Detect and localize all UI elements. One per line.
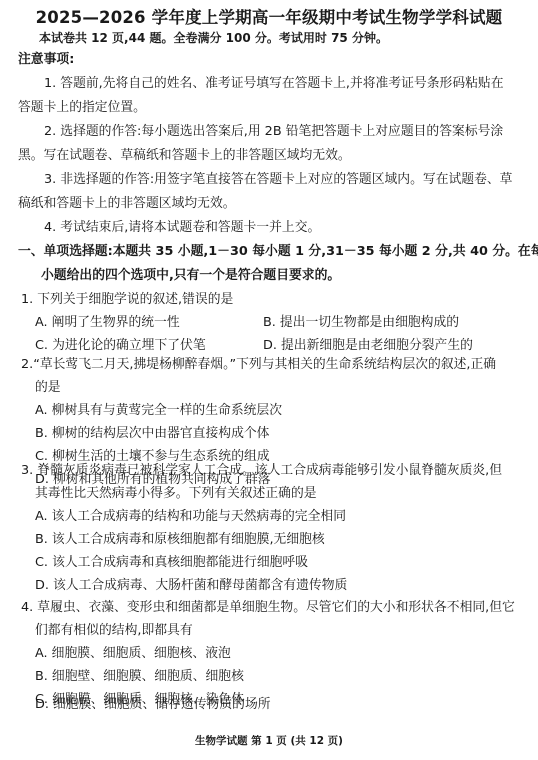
exam-subtitle: 本试卷共 12 页,44 题。全卷满分 100 分。考试用时 75 分钟。 bbox=[39, 30, 388, 46]
question-1-option-b: B. 提出一切生物都是由细胞构成的 bbox=[263, 315, 459, 331]
question-2-stem-cont: 的是 bbox=[35, 380, 61, 396]
question-3-option-c: C. 该人工合成病毒和真核细胞都能进行细胞呼吸 bbox=[35, 555, 308, 571]
exam-title: 2025—2026 学年度上学期高一年级期中考试生物学学科试题 bbox=[0, 4, 538, 28]
question-1-option-c: C. 为进化论的确立埋下了伏笔 bbox=[35, 338, 206, 354]
question-4-stem: 4. 草履虫、衣藻、变形虫和细菌都是单细胞生物。尽管它们的大小和形状各不相同,但… bbox=[21, 600, 515, 616]
notice-item-2-cont: 黑。写在试题卷、草稿纸和答题卡上的非答题区域均无效。 bbox=[18, 148, 351, 164]
notice-item-3: 3. 非选择题的作答:用签字笔直接答在答题卡上对应的答题区域内。写在试题卷、草 bbox=[44, 172, 512, 188]
question-3-option-a: A. 该人工合成病毒的结构和功能与天然病毒的完全相同 bbox=[35, 509, 346, 525]
question-3-stem: 3. 脊髓灰质炎病毒已被科学家人工合成。该人工合成病毒能够引发小鼠脊髓灰质炎,但 bbox=[21, 463, 502, 479]
notice-item-4: 4. 考试结束后,请将本试题卷和答题卡一并上交。 bbox=[44, 220, 320, 236]
question-1-option-d: D. 提出新细胞是由老细胞分裂产生的 bbox=[263, 338, 473, 354]
page-footer: 生物学试题 第 1 页 (共 12 页) bbox=[0, 733, 538, 748]
question-4-stem-cont: 们都有相似的结构,即都具有 bbox=[35, 623, 193, 639]
question-2-stem: 2.“草长莺飞二月天,拂堤杨柳醉春烟。”下列与其相关的生命系统结构层次的叙述,正… bbox=[21, 357, 496, 373]
notice-heading: 注意事项: bbox=[18, 52, 74, 68]
question-4-option-a: A. 细胞膜、细胞质、细胞核、液泡 bbox=[35, 646, 231, 662]
question-3-stem-cont: 其毒性比天然病毒小得多。下列有关叙述正确的是 bbox=[35, 486, 317, 502]
question-3-option-b: B. 该人工合成病毒和原核细胞都有细胞膜,无细胞核 bbox=[35, 532, 325, 548]
question-3-option-d: D. 该人工合成病毒、大肠杆菌和酵母菌都含有遗传物质 bbox=[35, 578, 347, 594]
section-heading-cont: 小题给出的四个选项中,只有一个是符合题目要求的。 bbox=[41, 268, 340, 284]
notice-item-1: 1. 答题前,先将自己的姓名、准考证号填写在答题卡上,并将准考证号条形码粘贴在 bbox=[44, 76, 504, 92]
notice-item-1-cont: 答题卡上的指定位置。 bbox=[18, 100, 146, 116]
notice-item-2: 2. 选择题的作答:每小题选出答案后,用 2B 铅笔把答题卡上对应题目的答案标号… bbox=[44, 124, 503, 140]
question-1-option-a: A. 阐明了生物界的统一性 bbox=[35, 315, 180, 331]
question-2-option-a: A. 柳树具有与黄莺完全一样的生命系统层次 bbox=[35, 403, 282, 419]
question-4-option-d: D. 细胞膜、细胞质、储存遗传物质的场所 bbox=[35, 697, 271, 713]
question-1-stem: 1. 下列关于细胞学说的叙述,错误的是 bbox=[21, 292, 233, 308]
question-2-option-b: B. 柳树的结构层次中由器官直接构成个体 bbox=[35, 426, 269, 442]
section-heading: 一、单项选择题:本题共 35 小题,1－30 每小题 1 分,31－35 每小题… bbox=[18, 244, 538, 260]
exam-page: 2025—2026 学年度上学期高一年级期中考试生物学学科试题 本试卷共 12 … bbox=[0, 0, 538, 760]
notice-item-3-cont: 稿纸和答题卡上的非答题区域均无效。 bbox=[18, 196, 236, 212]
question-4-option-b: B. 细胞壁、细胞膜、细胞质、细胞核 bbox=[35, 669, 244, 685]
